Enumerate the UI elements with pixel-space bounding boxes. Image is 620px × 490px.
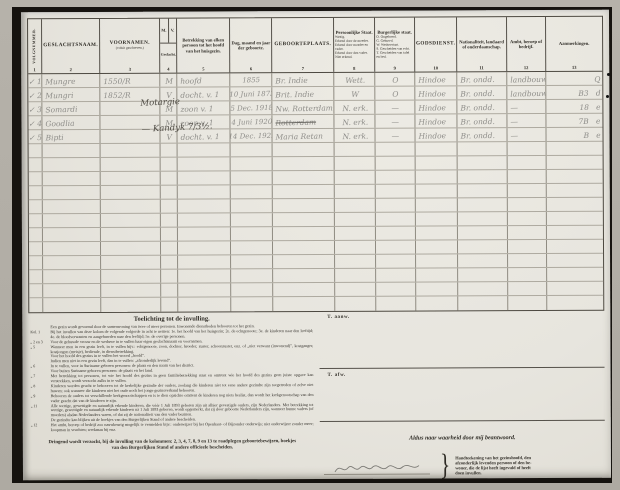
table-cell: — [376, 129, 416, 142]
table-cell: ✓ 4 [28, 116, 42, 129]
table-cell [507, 142, 547, 155]
table-cell: Rotterdam [273, 115, 334, 128]
table-cell [231, 185, 274, 198]
handwritten-entry: ✓ 3 [28, 105, 42, 114]
table-cell [101, 228, 161, 241]
table-cell: Br. ondd. [458, 100, 507, 113]
handwritten-entry: Br. ondd. [461, 103, 496, 113]
handwritten-entry: Nw. Rotterdam [276, 103, 334, 113]
table-cell [376, 199, 416, 212]
table-cell: ✓ 2 [28, 88, 42, 101]
table-cell: Somardi [42, 102, 101, 115]
table-cell: ✓ 3 [28, 102, 42, 115]
table-cell [101, 200, 161, 213]
table-cell [178, 269, 231, 282]
header-aanmerkingen: Aanmerkingen. 13 [546, 17, 602, 71]
table-cell: Br. Indie [273, 73, 334, 86]
table-cell: N. erk. [334, 101, 375, 114]
handwritten-entry: O [392, 90, 398, 99]
table-cell [43, 298, 102, 312]
signature-note: Handteekening van het gezinshoofd, den a… [455, 454, 585, 475]
handwritten-entry: — [392, 118, 400, 127]
header-label: Dag, maand en jaar der geboorte. [231, 40, 271, 51]
table-cell [29, 186, 43, 199]
table-cell [178, 297, 231, 311]
table-cell [458, 156, 507, 169]
table-cell [507, 198, 547, 211]
header-label: Aanmerkingen. [559, 41, 590, 47]
table-cell [508, 240, 548, 253]
table-cell [161, 256, 178, 269]
col-number: 6 [230, 66, 271, 71]
handwritten-entry: 5 Dec. 1918 [230, 104, 273, 114]
instruction-margin-label: „ 9 [31, 394, 51, 404]
table-cell: Br. ondd. [458, 114, 507, 127]
handwritten-entry: Somardi [45, 105, 77, 115]
handwritten-entry: Br. ondd. [461, 131, 496, 141]
header-sublabel: O. Ongehuwd. G. Gehuwd. W. Weduwstaat. S… [376, 36, 413, 60]
table-cell [101, 242, 161, 255]
handwritten-entry: Wett. [345, 76, 365, 85]
table-cell [43, 242, 102, 255]
table-cell: 1855 [230, 73, 273, 86]
table-cell [274, 297, 335, 311]
table-cell [273, 143, 334, 156]
header-label: GODSDIENST. [416, 42, 455, 48]
table-cell [29, 284, 43, 297]
header-label: Geslacht. [161, 52, 176, 57]
table-cell [178, 227, 231, 240]
handwritten-entry: — [392, 132, 400, 141]
table-cell [458, 240, 507, 253]
handwritten-entry: 4 Juni 1920 [231, 118, 272, 128]
table-cell: landbouwer [507, 72, 547, 85]
table-cell: — [376, 101, 416, 114]
register-page: VOLGNUMMER. 1 GESLACHTSNAAM. 2 VOORNAMEN… [21, 10, 611, 481]
table-cell [231, 297, 274, 311]
handwritten-entry: — [510, 131, 518, 140]
instruction-margin-label: „ 12 [31, 423, 51, 433]
table-cell: ✓ 5 [28, 130, 42, 143]
header-betrekking: Betrekking van elken persoon tot het hoo… [177, 18, 230, 72]
annotation-line1: Motargie [140, 97, 180, 109]
instruction-margin-label: „ 11 [31, 404, 51, 419]
col-number: 13 [546, 65, 602, 70]
female-subcolumn-label: V. [169, 19, 177, 43]
table-cell: Br. ondd. [458, 72, 507, 85]
instruction-line: „ 12Het ambt, beroep of bedrijf zoo nauw… [31, 422, 314, 433]
table-cell [508, 282, 548, 295]
table-cell [547, 240, 603, 253]
table-cell [231, 171, 274, 184]
table-cell: Hindoe [415, 100, 458, 113]
table-cell [161, 158, 178, 171]
table-cell [29, 270, 43, 283]
table-cell [101, 158, 161, 171]
col-number: 11 [457, 65, 505, 70]
table-cell [458, 198, 507, 211]
table-cell [161, 284, 178, 297]
header-godsdienst: GODSDIENST. 10 [415, 17, 458, 71]
table-cell [42, 144, 101, 157]
table-cell [376, 297, 416, 311]
header-volgnummer: VOLGNUMMER. 1 [28, 19, 42, 73]
table-cell: N. erk. [334, 115, 375, 128]
table-cell [43, 256, 102, 269]
table-cell [29, 144, 43, 157]
table-cell [231, 157, 274, 170]
table-cell: — [507, 114, 547, 127]
table-cell [178, 213, 231, 226]
table-cell [231, 143, 274, 156]
table-cell [274, 269, 335, 282]
handwritten-entry: — [510, 103, 518, 112]
handwritten-entry: 10 Juni 1873 [230, 90, 273, 100]
table-body: ✓ 1Mungre1550/RMhoofd1855Br. IndieWett.O… [28, 72, 603, 313]
table-cell [507, 184, 547, 197]
table-cell: 18 e [547, 100, 603, 113]
table-cell [376, 283, 416, 296]
table-cell [178, 255, 231, 268]
table-cell: landbouwster [507, 86, 547, 99]
handwritten-entry: Br. Indie [276, 76, 309, 86]
table-cell [29, 298, 43, 312]
table-cell: Mungre [42, 74, 101, 87]
table-cell [29, 158, 43, 171]
handwritten-entry: Hindoe [418, 131, 446, 141]
table-cell [231, 283, 274, 296]
table-cell [335, 255, 376, 268]
handwritten-entry: 7B e [578, 117, 600, 126]
col-number: 5 [177, 66, 229, 71]
table-cell: W [334, 87, 375, 100]
handwritten-entry: Mungri [45, 91, 73, 101]
handwritten-entry: 1855 [243, 76, 261, 85]
handwritten-entry: Brit. Indie [276, 90, 315, 100]
table-cell [161, 200, 178, 213]
table-cell: ✓ 1 [28, 74, 42, 87]
table-cell: 5 Dec. 1918 [230, 101, 273, 114]
dust-speck [607, 73, 610, 76]
table-cell [43, 270, 102, 283]
table-cell [335, 185, 376, 198]
table-cell: Hindoe [415, 128, 458, 141]
table-cell [547, 296, 603, 310]
header-sublabel: (voluit geschreven.) [116, 47, 144, 51]
table-cell [161, 214, 178, 227]
handwritten-entry: 14 Dec. 1922 [231, 132, 274, 142]
table-cell [29, 228, 43, 241]
handwritten-entry: — [392, 104, 400, 113]
attestation-text: Aldus naar waarheid door mij beantwoord. [320, 435, 605, 442]
table-cell [231, 227, 274, 240]
header-beroep: Ambt, beroep of bedrijf. 12 [507, 17, 547, 71]
col-number: 10 [415, 65, 456, 70]
col-number: 2 [42, 67, 100, 72]
table-cell [161, 172, 178, 185]
male-subcolumn-label: M. [160, 19, 169, 43]
table-cell: B3 d [547, 86, 603, 99]
header-label: Nationaliteit, landaard of onderdaanscha… [458, 39, 504, 50]
handwritten-entry: B3 d [578, 89, 600, 98]
handwritten-entry: ✓ 2 [28, 91, 42, 100]
table-cell [547, 212, 603, 225]
col-number: 9 [375, 66, 414, 71]
table-cell: — [507, 128, 547, 141]
pencil-annotation: Motargie — Kandyk 7/3½. [118, 81, 213, 150]
header-geslacht: M. V. Geslacht. 4 [160, 19, 177, 73]
table-cell [29, 200, 43, 213]
col-number: 1 [28, 67, 41, 72]
table-cell [29, 172, 43, 185]
table-cell [376, 171, 416, 184]
table-cell: Br. ondd. [458, 128, 507, 141]
table-cell [376, 269, 416, 282]
signature-row: } Handteekening van het gezinshoofd, den… [320, 451, 605, 480]
table-cell [458, 296, 507, 310]
handwritten-entry: W [351, 90, 359, 99]
table-cell [161, 298, 178, 312]
instruction-margin-label: Kol. 1 [30, 330, 50, 340]
col-number: 12 [507, 65, 546, 70]
table-cell [29, 242, 43, 255]
table-cell [335, 171, 376, 184]
table-cell: Wett. [334, 73, 375, 86]
photo-frame: VOLGNUMMER. 1 GESLACHTSNAAM. 2 VOORNAMEN… [0, 0, 620, 490]
table-cell [178, 199, 231, 212]
signature-handwriting [332, 459, 422, 475]
register-table: VOLGNUMMER. 1 GESLACHTSNAAM. 2 VOORNAMEN… [27, 16, 604, 314]
table-cell [43, 186, 102, 199]
table-cell: 10 Juni 1873 [230, 87, 273, 100]
table-cell: Br. ondd. [458, 86, 507, 99]
handwritten-entry: Br. ondd. [461, 89, 496, 99]
table-cell [547, 226, 603, 239]
table-cell [415, 170, 458, 183]
header-voornamen: VOORNAMEN. (voluit geschreven.) 3 [100, 19, 160, 73]
table-cell [231, 213, 274, 226]
instruction-text: Het ambt, beroep of bedrijf zoo nauwkeur… [51, 422, 314, 433]
table-cell [29, 214, 43, 227]
header-sublabel: Wettig. Erkend door de moeder. Erkend do… [335, 36, 373, 60]
table-cell [273, 185, 334, 198]
table-cell [273, 241, 334, 254]
table-cell: 7B e [547, 114, 603, 127]
table-cell [458, 268, 507, 281]
table-cell [335, 213, 376, 226]
table-cell [231, 255, 274, 268]
table-cell [273, 213, 334, 226]
table-cell [161, 186, 178, 199]
handwritten-entry: Maria Retan [276, 132, 324, 142]
header-label: Betrekking van elken persoon tot het hoo… [178, 37, 228, 53]
table-cell: Bipti [42, 130, 101, 143]
table-cell: O [375, 73, 415, 86]
handwritten-entry: O [392, 76, 398, 85]
col-number: 3 [101, 67, 160, 72]
header-geboortedatum: Dag, maand en jaar der geboorte. 6 [230, 18, 273, 72]
handwritten-entry: B e [583, 131, 600, 140]
handwritten-entry: N. erk. [342, 118, 368, 128]
table-cell [274, 255, 335, 268]
header-label: GEBOORTEPLAATS. [274, 42, 331, 48]
table-cell [161, 270, 178, 283]
temporarily-present-label: T. aanw. [327, 315, 350, 320]
handwritten-entry: Rotterdam [276, 118, 317, 128]
right-panel: T. aanw. T. afw. Aldus naar waarheid doo… [319, 310, 605, 475]
table-cell: Mungri [42, 88, 101, 101]
table-cell: — [376, 115, 416, 128]
handwritten-entry: Hindoe [418, 89, 446, 99]
scan-background: VOLGNUMMER. 1 GESLACHTSNAAM. 2 VOORNAMEN… [12, 7, 612, 483]
handwritten-entry: ✓ 4 [29, 119, 43, 128]
header-burgerlijke-staat: Burgerlijke staat. O. Ongehuwd. G. Gehuw… [375, 18, 415, 72]
table-cell: Q [546, 72, 602, 85]
table-cell [161, 242, 178, 255]
table-cell: Hindoe [415, 72, 458, 85]
handwritten-entry: landbouwer [510, 75, 547, 85]
table-cell [416, 198, 459, 211]
table-cell [231, 199, 274, 212]
table-cell [416, 282, 459, 295]
table-cell [547, 254, 603, 267]
table-cell: Maria Retan [273, 129, 334, 142]
table-cell [508, 296, 548, 310]
table-cell [178, 185, 231, 198]
table-cell [508, 226, 548, 239]
brace-glyph: } [440, 451, 450, 479]
table-cell [335, 269, 376, 282]
table-cell: Brit. Indie [273, 87, 334, 100]
table-cell [335, 157, 376, 170]
handwritten-entry: Br. ondd. [460, 75, 495, 85]
table-cell [547, 268, 603, 281]
table-cell [547, 184, 603, 197]
table-cell [415, 156, 458, 169]
table-cell [376, 157, 416, 170]
header-persoonlijke-staat: Persoonlijke Staat. Wettig. Erkend door … [334, 18, 376, 72]
handwritten-entry: Hindoe [418, 117, 446, 127]
handwritten-entry: — [510, 117, 518, 126]
bottom-section: Toelichting tot de invulling. Een gezin … [28, 310, 605, 477]
table-cell [43, 200, 102, 213]
table-cell [178, 283, 231, 296]
table-cell [273, 199, 334, 212]
instruction-margin-label: „ 7 [31, 374, 51, 384]
table-cell [376, 143, 416, 156]
table-cell [547, 282, 603, 295]
temporarily-absent-label: T. afw. [327, 373, 345, 378]
table-cell [547, 156, 603, 169]
handwritten-entry: N. erk. [342, 132, 368, 142]
mv-subheader: M. V. [160, 19, 176, 44]
table-cell [335, 227, 376, 240]
table-cell [178, 157, 231, 170]
dust-speck [606, 95, 609, 98]
handwritten-entry: Hindoe [418, 75, 446, 85]
table-cell [376, 227, 416, 240]
table-cell [231, 241, 274, 254]
handwritten-entry: Q [594, 75, 600, 84]
instructions-block: Toelichting tot de invulling. Een gezin … [28, 311, 320, 476]
table-cell [376, 213, 416, 226]
table-cell [458, 226, 507, 239]
table-cell [376, 185, 416, 198]
table-cell: 4 Juni 1920 [230, 115, 273, 128]
table-cell [508, 254, 548, 267]
table-cell [178, 241, 231, 254]
table-cell [101, 172, 161, 185]
instruction-margin-label: „ 8 [31, 384, 51, 394]
col-number: 8 [334, 66, 374, 71]
instructions-footer: Dringend wordt verzocht, bij de invullin… [31, 439, 314, 452]
table-cell [101, 284, 161, 297]
header-geboorteplaats: GEBOORTEPLAATS. 7 [272, 18, 334, 72]
table-cell [178, 171, 231, 184]
table-cell [43, 214, 102, 227]
table-cell [508, 268, 548, 281]
table-cell [458, 282, 507, 295]
table-cell [376, 241, 416, 254]
table-cell [231, 269, 274, 282]
handwritten-entry: ✓ 1 [28, 77, 42, 86]
table-cell [273, 157, 334, 170]
temporarily-present-box: T. aanw. [319, 310, 604, 369]
table-cell [416, 226, 459, 239]
table-cell [416, 184, 459, 197]
handwritten-entry: landbouwster [510, 88, 547, 98]
header-geslachtsnaam: GESLACHTSNAAM. 2 [42, 19, 101, 73]
table-cell [101, 186, 161, 199]
table-cell [415, 142, 458, 155]
instructions-heading: Toelichting tot de invulling. [30, 315, 313, 323]
table-cell [274, 283, 335, 296]
table-cell [416, 254, 459, 267]
instruction-margin-label: „ 5 [30, 345, 50, 355]
table-cell [507, 156, 547, 169]
table-cell: O [376, 87, 416, 100]
table-cell [507, 170, 547, 183]
handwritten-entry: Hindoe [418, 103, 446, 113]
table-cell [335, 297, 376, 311]
table-cell [42, 172, 101, 185]
table-cell: Nw. Rotterdam [273, 101, 334, 114]
table-cell [547, 142, 603, 155]
handwritten-entry: ✓ 5 [29, 133, 43, 142]
table-cell [273, 227, 334, 240]
table-cell [458, 184, 507, 197]
handwritten-entry: N. erk. [342, 104, 368, 114]
table-cell [101, 270, 161, 283]
col-number: 4 [160, 67, 176, 72]
header-label: GESLACHTSNAAM. [43, 43, 98, 49]
table-cell: B e [547, 128, 603, 141]
header-volgnummer-label: VOLGNUMMER. [32, 28, 36, 64]
table-cell: N. erk. [334, 129, 375, 142]
table-cell [416, 240, 459, 253]
table-cell [161, 228, 178, 241]
header-nationaliteit: Nationaliteit, landaard of onderdaanscha… [457, 17, 507, 71]
table-cell [101, 214, 161, 227]
table-cell [458, 170, 507, 183]
temporarily-absent-box: T. afw. [319, 368, 604, 422]
handwritten-entry: Goodlia [45, 119, 74, 129]
table-cell [101, 256, 161, 269]
handwritten-entry: Mungre [45, 77, 75, 87]
header-label: Ambt, beroep of bedrijf. [508, 39, 545, 50]
signature-line [324, 457, 430, 474]
table-cell [547, 170, 603, 183]
